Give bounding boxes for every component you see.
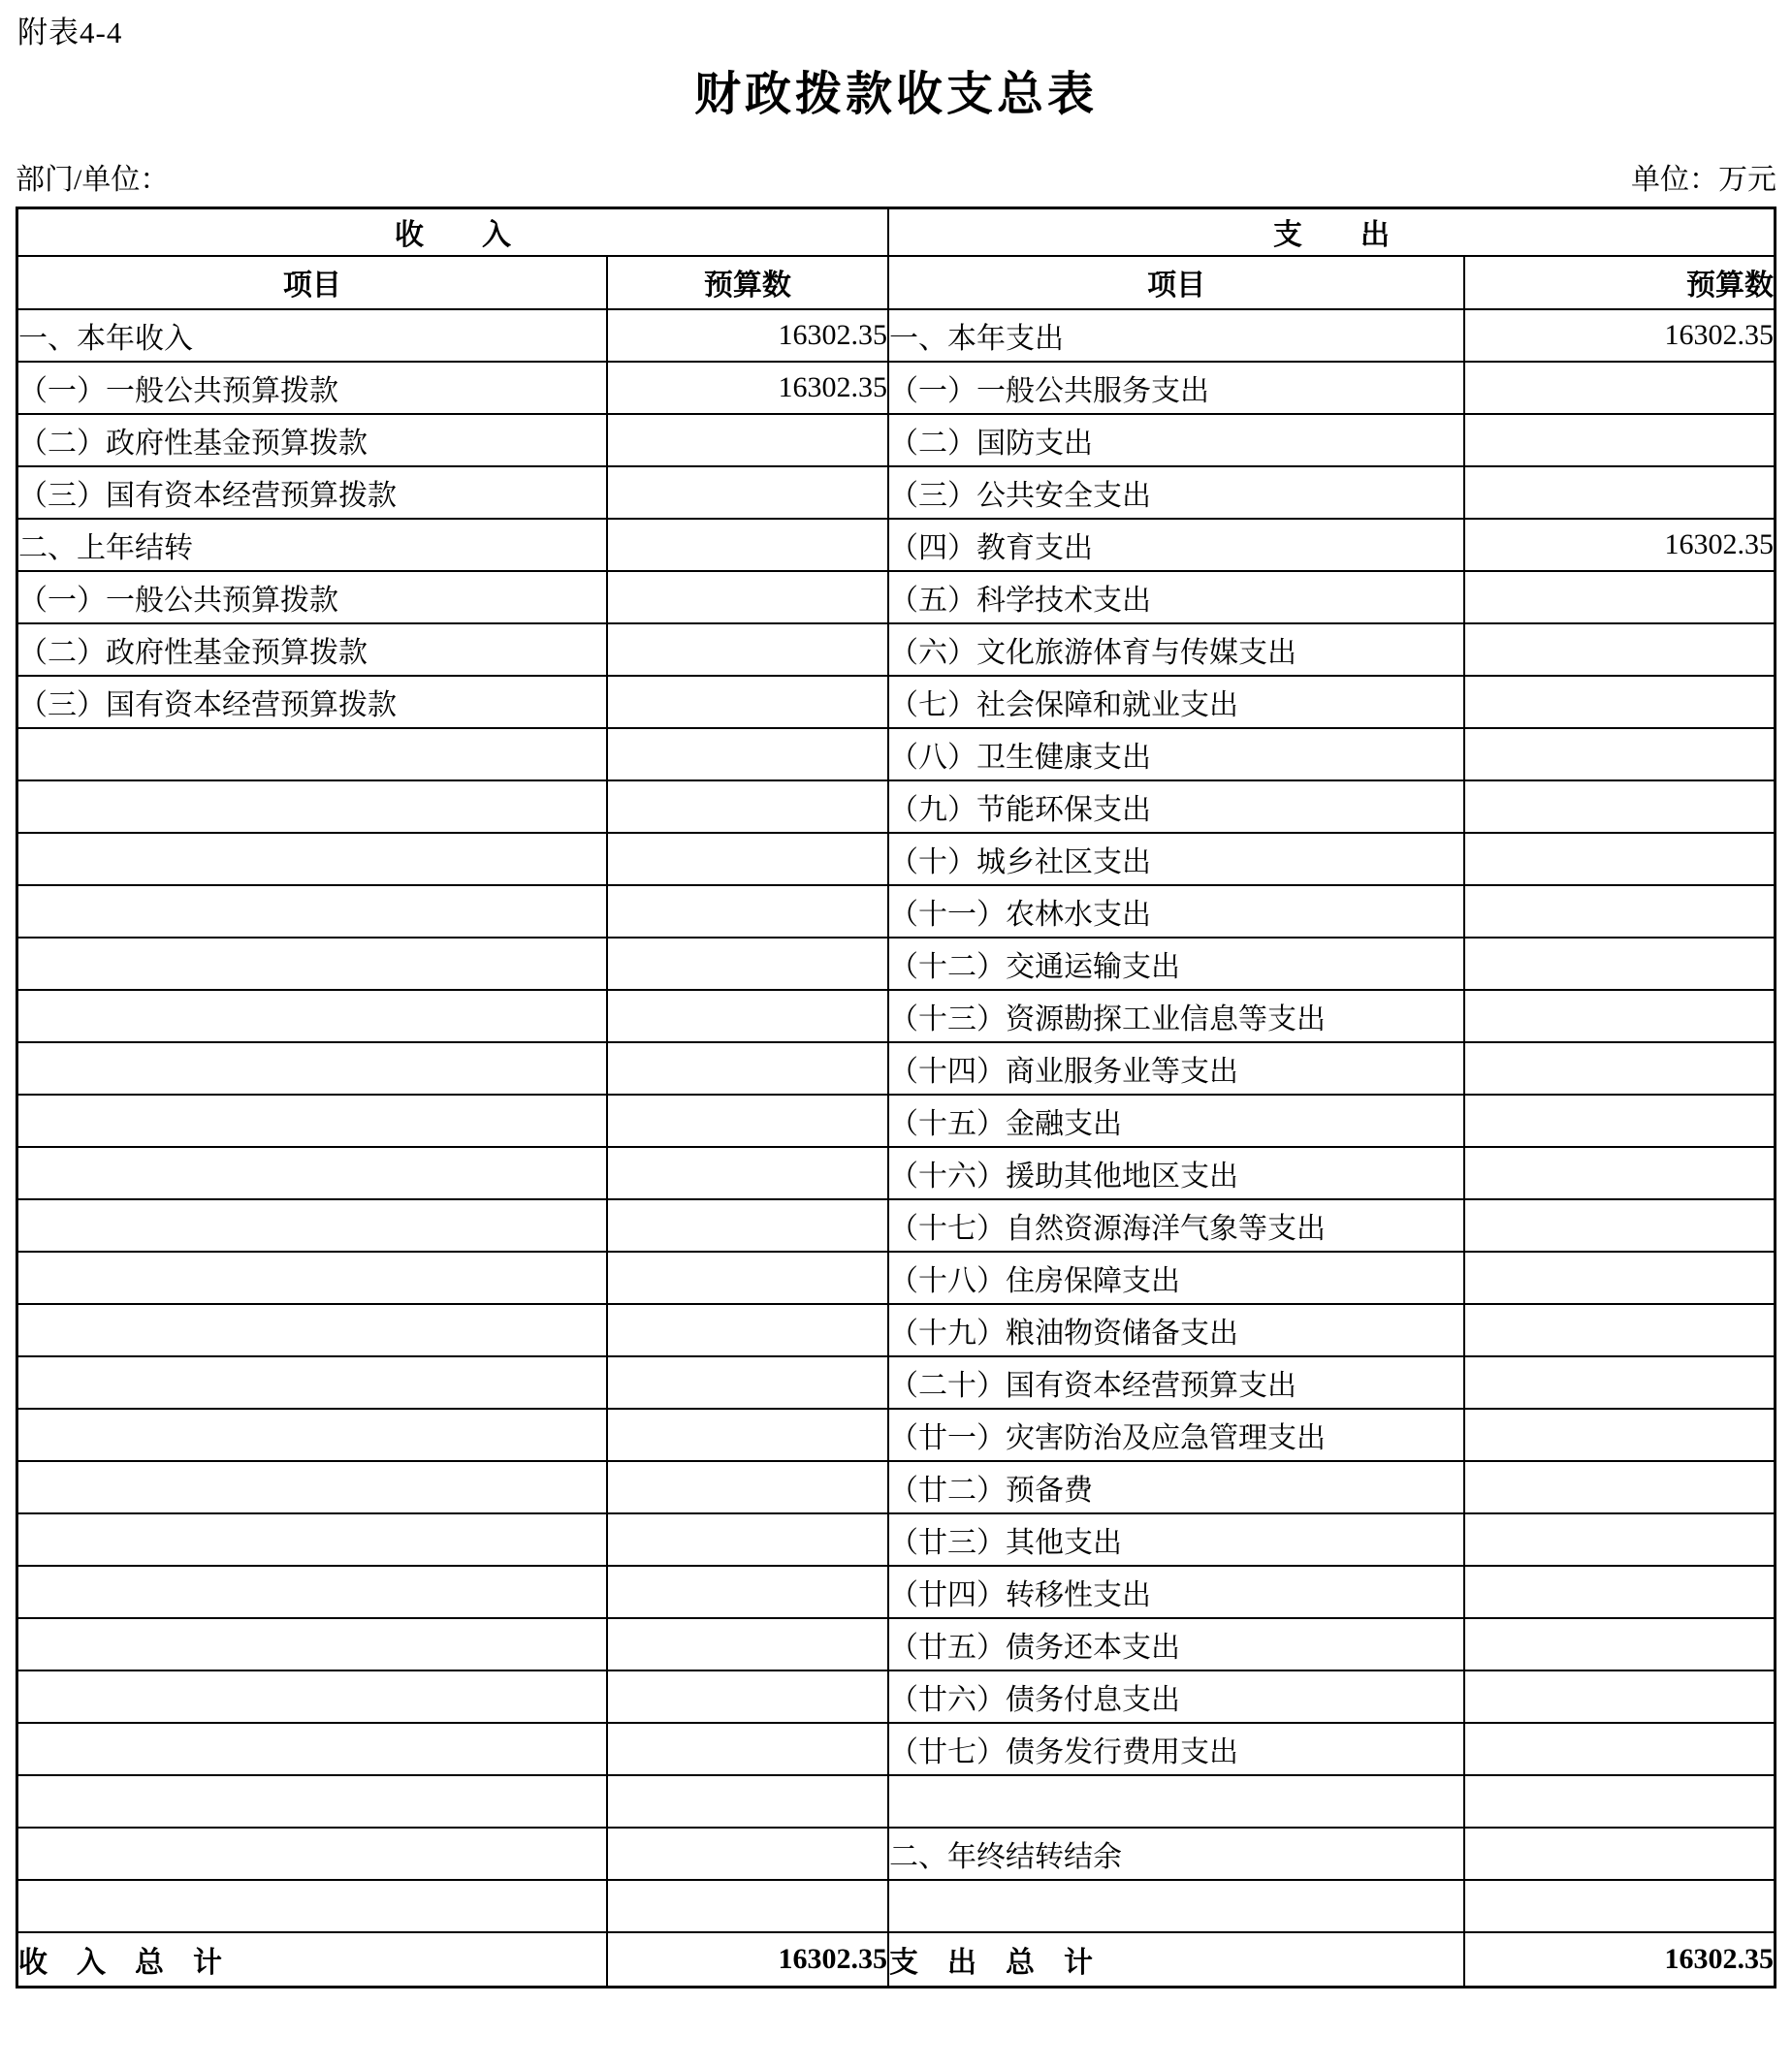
expense-item-cell: （一）一般公共服务支出 [888, 362, 1464, 414]
table-row: （九）节能环保支出 [17, 780, 1776, 833]
page: { "page": { "annex_label": "附表4-4", "tit… [0, 0, 1792, 2068]
expense-total-value: 16302.35 [1464, 1932, 1775, 1988]
income-value-cell [607, 1199, 888, 1252]
expense-value-cell [1464, 1723, 1775, 1775]
expense-item-cell: （十九）粮油物资储备支出 [888, 1304, 1464, 1356]
department-label: 部门/单位： [16, 155, 169, 198]
table-row: （十五）金融支出 [17, 1095, 1776, 1147]
table-row: （十七）自然资源海洋气象等支出 [17, 1199, 1776, 1252]
expense-value-cell [1464, 1304, 1775, 1356]
expense-item-cell: （九）节能环保支出 [888, 780, 1464, 833]
income-value-cell: 16302.35 [607, 309, 888, 362]
expense-item-cell: （十）城乡社区支出 [888, 833, 1464, 885]
income-item-cell: （三）国有资本经营预算拨款 [17, 676, 607, 728]
expense-value-cell [1464, 1042, 1775, 1095]
expense-item-cell: （廿一）灾害防治及应急管理支出 [888, 1409, 1464, 1461]
income-value-cell [607, 938, 888, 990]
table-row: （廿四）转移性支出 [17, 1566, 1776, 1618]
income-item-cell [17, 1775, 607, 1828]
income-value-cell [607, 1042, 888, 1095]
income-value-cell [607, 1513, 888, 1566]
expense-item-cell: （廿二）预备费 [888, 1461, 1464, 1513]
income-item-cell [17, 1199, 607, 1252]
income-value-cell [607, 1095, 888, 1147]
expense-value-cell [1464, 1147, 1775, 1199]
expense-value-cell [1464, 1513, 1775, 1566]
income-item-cell: （三）国有资本经营预算拨款 [17, 466, 607, 519]
expense-value-cell [1464, 1356, 1775, 1409]
income-item-cell [17, 1513, 607, 1566]
income-item-cell [17, 1670, 607, 1723]
expense-value-cell [1464, 728, 1775, 780]
income-value-cell [607, 990, 888, 1042]
table-row [17, 1880, 1776, 1932]
expense-item-cell: （十五）金融支出 [888, 1095, 1464, 1147]
expense-item-cell: （廿六）债务付息支出 [888, 1670, 1464, 1723]
expense-item-cell: （四）教育支出 [888, 519, 1464, 571]
table-row: （廿七）债务发行费用支出 [17, 1723, 1776, 1775]
table-row: 二、年终结转结余 [17, 1828, 1776, 1880]
expense-item-cell: （廿四）转移性支出 [888, 1566, 1464, 1618]
expense-value-cell [1464, 1828, 1775, 1880]
expense-value-cell [1464, 1775, 1775, 1828]
expense-item-cell: 二、年终结转结余 [888, 1828, 1464, 1880]
table-row: （十六）援助其他地区支出 [17, 1147, 1776, 1199]
income-value-cell [607, 1252, 888, 1304]
income-item-cell [17, 1618, 607, 1670]
expense-item-cell: （廿三）其他支出 [888, 1513, 1464, 1566]
income-value-cell [607, 1461, 888, 1513]
income-value-cell [607, 1775, 888, 1828]
table-row: （二）政府性基金预算拨款（二）国防支出 [17, 414, 1776, 466]
income-section-header: 收 入 [17, 208, 888, 256]
expense-item-cell: （六）文化旅游体育与传媒支出 [888, 623, 1464, 676]
expense-value-cell [1464, 571, 1775, 623]
expense-value-cell [1464, 466, 1775, 519]
income-value-cell [607, 1147, 888, 1199]
table-row: （一）一般公共预算拨款16302.35（一）一般公共服务支出 [17, 362, 1776, 414]
income-value-cell [607, 623, 888, 676]
expense-item-cell: （二十）国有资本经营预算支出 [888, 1356, 1464, 1409]
column-header-row: 项目 预算数 项目 预算数 [17, 256, 1776, 309]
income-value-cell [607, 466, 888, 519]
meta-row: 部门/单位： 单位：万元 [16, 155, 1776, 198]
expense-total-label: 支 出 总 计 [888, 1932, 1464, 1988]
expense-item-cell: （七）社会保障和就业支出 [888, 676, 1464, 728]
table-row: （十）城乡社区支出 [17, 833, 1776, 885]
income-value-cell [607, 519, 888, 571]
table-row: 二、上年结转（四）教育支出16302.35 [17, 519, 1776, 571]
expense-value-cell [1464, 623, 1775, 676]
income-item-cell [17, 1828, 607, 1880]
income-item-cell [17, 1409, 607, 1461]
expense-value-cell [1464, 676, 1775, 728]
expense-item-cell: （三）公共安全支出 [888, 466, 1464, 519]
table-row: （八）卫生健康支出 [17, 728, 1776, 780]
expense-value-cell [1464, 1618, 1775, 1670]
income-value-cell [607, 1618, 888, 1670]
table-row: （廿三）其他支出 [17, 1513, 1776, 1566]
income-value-cell [607, 1723, 888, 1775]
table-row: （廿二）预备费 [17, 1461, 1776, 1513]
expense-value-cell [1464, 938, 1775, 990]
table-row: （二十）国有资本经营预算支出 [17, 1356, 1776, 1409]
income-value-cell [607, 1880, 888, 1932]
table-row: （十三）资源勘探工业信息等支出 [17, 990, 1776, 1042]
income-total-value: 16302.35 [607, 1932, 888, 1988]
income-value-cell [607, 1670, 888, 1723]
expense-item-cell: （廿五）债务还本支出 [888, 1618, 1464, 1670]
income-value-cell [607, 833, 888, 885]
expense-item-header: 项目 [888, 256, 1464, 309]
table-row: （十九）粮油物资储备支出 [17, 1304, 1776, 1356]
income-item-cell: 二、上年结转 [17, 519, 607, 571]
expense-value-cell [1464, 414, 1775, 466]
income-value-cell [607, 1566, 888, 1618]
income-item-cell [17, 1304, 607, 1356]
expense-item-cell: （二）国防支出 [888, 414, 1464, 466]
income-value-cell [607, 571, 888, 623]
income-value-cell [607, 728, 888, 780]
expense-item-cell: （廿七）债务发行费用支出 [888, 1723, 1464, 1775]
table-row: （十一）农林水支出 [17, 885, 1776, 938]
expense-value-cell [1464, 1566, 1775, 1618]
expense-value-cell [1464, 1409, 1775, 1461]
table-row: （一）一般公共预算拨款（五）科学技术支出 [17, 571, 1776, 623]
table-row: （十二）交通运输支出 [17, 938, 1776, 990]
income-item-cell [17, 1461, 607, 1513]
income-item-cell [17, 1042, 607, 1095]
income-item-cell: （二）政府性基金预算拨款 [17, 623, 607, 676]
income-item-cell: （二）政府性基金预算拨款 [17, 414, 607, 466]
expense-value-cell [1464, 1880, 1775, 1932]
expense-value-cell [1464, 1095, 1775, 1147]
expense-item-cell: （十七）自然资源海洋气象等支出 [888, 1199, 1464, 1252]
income-value-cell [607, 1304, 888, 1356]
table-row: 一、本年收入16302.35一、本年支出16302.35 [17, 309, 1776, 362]
expense-value-cell: 16302.35 [1464, 309, 1775, 362]
income-value-cell [607, 676, 888, 728]
expense-item-cell: （十四）商业服务业等支出 [888, 1042, 1464, 1095]
income-item-header: 项目 [17, 256, 607, 309]
income-item-cell [17, 1252, 607, 1304]
expense-value-cell [1464, 362, 1775, 414]
table-row [17, 1775, 1776, 1828]
income-item-cell [17, 1356, 607, 1409]
expense-item-cell [888, 1880, 1464, 1932]
income-item-cell: （一）一般公共预算拨款 [17, 571, 607, 623]
income-item-cell: 一、本年收入 [17, 309, 607, 362]
income-value-cell [607, 885, 888, 938]
expense-value-cell [1464, 780, 1775, 833]
annex-label: 附表4-4 [17, 8, 122, 51]
table-row: （廿六）债务付息支出 [17, 1670, 1776, 1723]
expense-item-cell: （十八）住房保障支出 [888, 1252, 1464, 1304]
income-item-cell [17, 728, 607, 780]
income-total-label: 收 入 总 计 [17, 1932, 607, 1988]
expense-value-cell [1464, 1461, 1775, 1513]
income-budget-header: 预算数 [607, 256, 888, 309]
income-item-cell [17, 780, 607, 833]
expense-item-cell [888, 1775, 1464, 1828]
income-item-cell: （一）一般公共预算拨款 [17, 362, 607, 414]
expense-value-cell [1464, 833, 1775, 885]
table-row: （廿五）债务还本支出 [17, 1618, 1776, 1670]
section-header-row: 收 入 支 出 [17, 208, 1776, 256]
income-item-cell [17, 1566, 607, 1618]
income-value-cell [607, 1409, 888, 1461]
income-item-cell [17, 1095, 607, 1147]
table-row: （十四）商业服务业等支出 [17, 1042, 1776, 1095]
expense-item-cell: （八）卫生健康支出 [888, 728, 1464, 780]
income-item-cell [17, 1723, 607, 1775]
unit-label: 单位：万元 [1631, 155, 1776, 198]
income-item-cell [17, 990, 607, 1042]
total-row: 收 入 总 计 16302.35 支 出 总 计 16302.35 [17, 1932, 1776, 1988]
expense-item-cell: （十二）交通运输支出 [888, 938, 1464, 990]
income-item-cell [17, 1880, 607, 1932]
table-row: （十八）住房保障支出 [17, 1252, 1776, 1304]
expense-value-cell [1464, 990, 1775, 1042]
income-value-cell [607, 414, 888, 466]
income-value-cell: 16302.35 [607, 362, 888, 414]
expense-value-cell [1464, 1199, 1775, 1252]
income-value-cell [607, 780, 888, 833]
table-row: （三）国有资本经营预算拨款（三）公共安全支出 [17, 466, 1776, 519]
income-item-cell [17, 885, 607, 938]
expense-item-cell: 一、本年支出 [888, 309, 1464, 362]
table-row: （三）国有资本经营预算拨款（七）社会保障和就业支出 [17, 676, 1776, 728]
expense-item-cell: （十六）援助其他地区支出 [888, 1147, 1464, 1199]
income-item-cell [17, 833, 607, 885]
expense-item-cell: （十三）资源勘探工业信息等支出 [888, 990, 1464, 1042]
income-value-cell [607, 1356, 888, 1409]
table-row: （廿一）灾害防治及应急管理支出 [17, 1409, 1776, 1461]
expense-section-header: 支 出 [888, 208, 1776, 256]
expense-budget-header: 预算数 [1464, 256, 1775, 309]
expense-item-cell: （五）科学技术支出 [888, 571, 1464, 623]
income-value-cell [607, 1828, 888, 1880]
expense-item-cell: （十一）农林水支出 [888, 885, 1464, 938]
table-row: （二）政府性基金预算拨款（六）文化旅游体育与传媒支出 [17, 623, 1776, 676]
income-item-cell [17, 1147, 607, 1199]
expense-value-cell: 16302.35 [1464, 519, 1775, 571]
page-title: 财政拨款收支总表 [0, 56, 1792, 123]
expense-value-cell [1464, 1670, 1775, 1723]
income-item-cell [17, 938, 607, 990]
budget-table: 收 入 支 出 项目 预算数 项目 预算数 一、本年收入16302.35一、本年… [16, 207, 1776, 1988]
expense-value-cell [1464, 1252, 1775, 1304]
expense-value-cell [1464, 885, 1775, 938]
